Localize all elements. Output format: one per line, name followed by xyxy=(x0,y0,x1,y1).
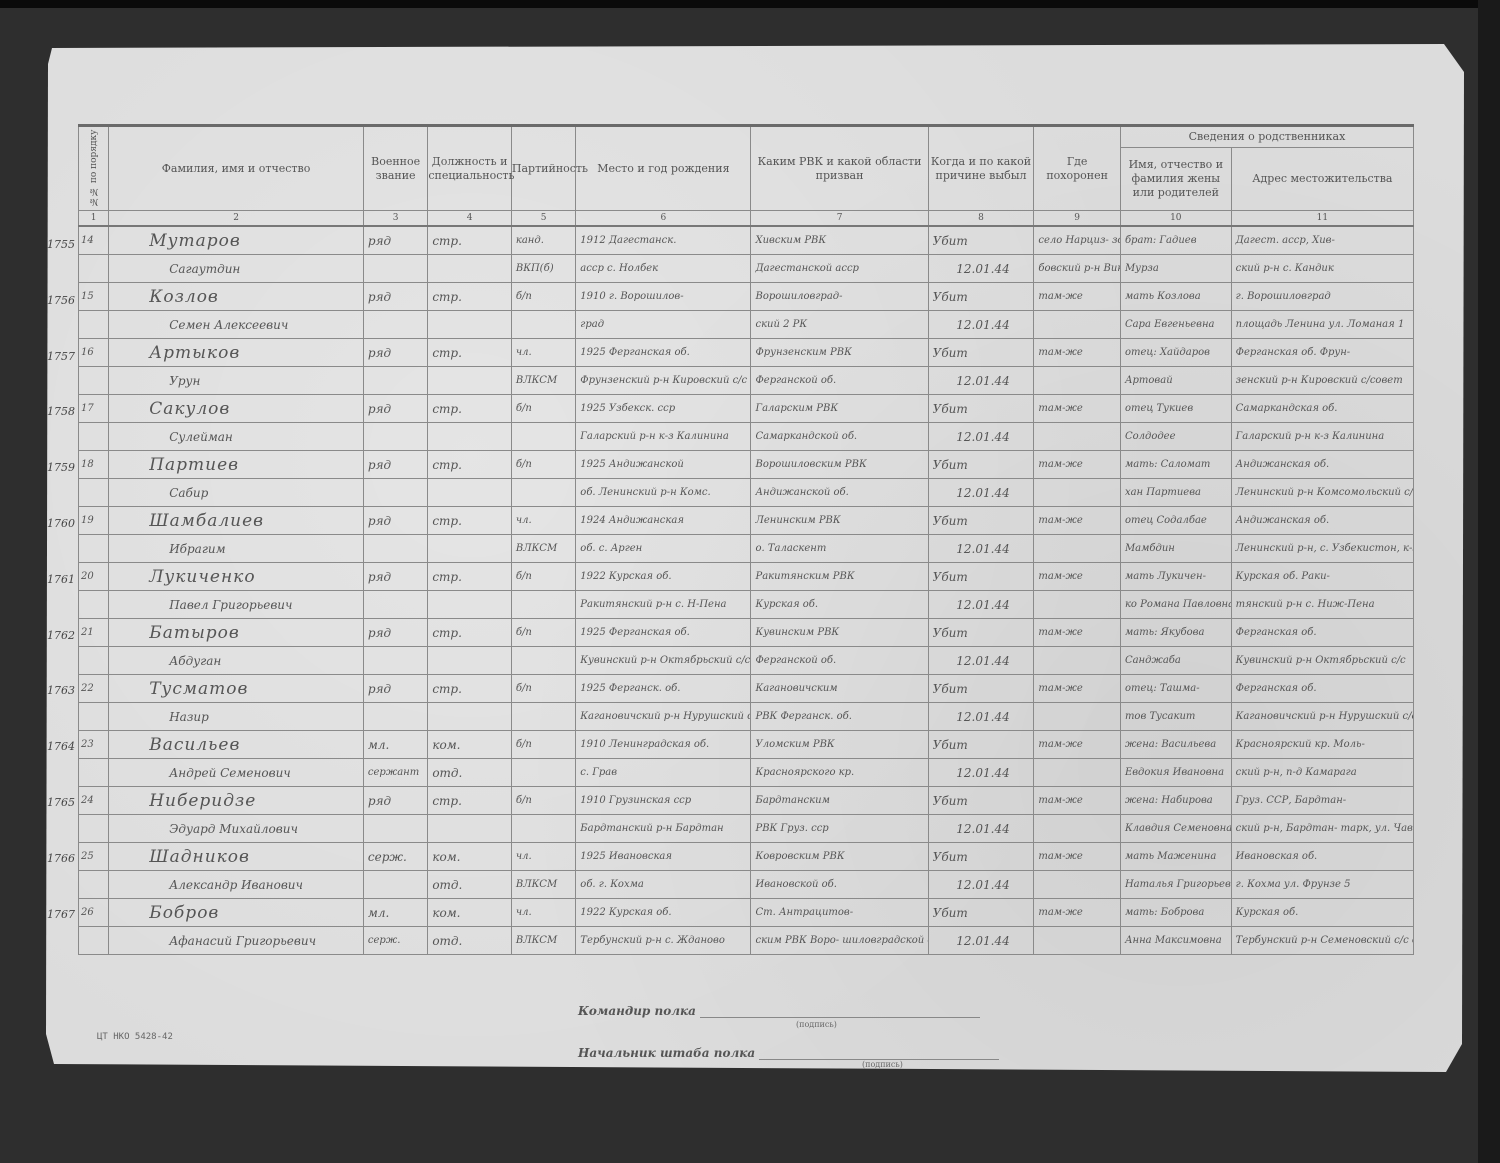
conscription-office: Кувинским РВК xyxy=(751,619,928,647)
relative-name: мать Козлова xyxy=(1120,283,1231,311)
relative-name: жена: Васильева xyxy=(1120,731,1231,759)
rank: ряд xyxy=(363,675,427,703)
departure-date: 12.01.44 xyxy=(928,423,1034,451)
surname: Ниберидзе xyxy=(109,787,364,815)
address-cont: Тербунский р-н Семеновский с/с с. Жданов… xyxy=(1231,927,1413,955)
party: б/п xyxy=(511,395,575,423)
address-cont: г. Кохма ул. Фрунзе 5 xyxy=(1231,871,1413,899)
position-cont xyxy=(428,647,512,675)
party-cont xyxy=(511,703,575,731)
burial-place: там-же xyxy=(1034,339,1121,367)
burial-place: там-же xyxy=(1034,899,1121,927)
column-number: 7 xyxy=(751,211,928,227)
birth-place: 1925 Андижанской xyxy=(576,451,751,479)
address-cont: Ленинский р-н Комсомольский с/с xyxy=(1231,479,1413,507)
column-number: 6 xyxy=(576,211,751,227)
relative-name-cont: Сара Евгеньевна xyxy=(1120,311,1231,339)
burial-place: там-же xyxy=(1034,395,1121,423)
given-name: Семен Алексеевич xyxy=(109,311,364,339)
departure-date: 12.01.44 xyxy=(928,535,1034,563)
conscription-office-cont: Курская об. xyxy=(751,591,928,619)
address: Ферганская об. Фрун- xyxy=(1231,339,1413,367)
conscription-office-cont: ским РВК Воро- шиловградской об. xyxy=(751,927,928,955)
header-address: Адрес местожительства xyxy=(1231,148,1413,211)
burial-place-cont xyxy=(1034,647,1121,675)
departure-date: 12.01.44 xyxy=(928,311,1034,339)
departure-reason: Убит xyxy=(928,843,1034,871)
header-military-rank: Военное звание xyxy=(363,126,427,211)
address-cont: Кувинский р-н Октябрьский с/с xyxy=(1231,647,1413,675)
burial-place-cont xyxy=(1034,479,1121,507)
table-row: 17Сакуловрядстр.б/п1925 Узбекск. ссрГала… xyxy=(79,395,1414,423)
departure-date: 12.01.44 xyxy=(928,759,1034,787)
conscription-office-cont: ский 2 РК xyxy=(751,311,928,339)
serial-number: 18 xyxy=(79,451,109,479)
birth-place-cont: асср с. Нолбек xyxy=(576,255,751,283)
conscription-office-cont: РВК Ферганск. об. xyxy=(751,703,928,731)
serial-number-cont xyxy=(79,367,109,395)
serial-number-cont xyxy=(79,591,109,619)
relative-name: мать: Якубова xyxy=(1120,619,1231,647)
relative-name-cont: Анна Максимовна xyxy=(1120,927,1231,955)
party: б/п xyxy=(511,563,575,591)
rank: ряд xyxy=(363,226,427,255)
address-cont: Кагановичский р-н Нурушский с/с к-з Воро… xyxy=(1231,703,1413,731)
table-row: 16Артыковрядстр.чл.1925 Ферганская об.Фр… xyxy=(79,339,1414,367)
given-name: Афанасий Григорьевич xyxy=(109,927,364,955)
party: б/п xyxy=(511,675,575,703)
conscription-office: Ленинским РВК xyxy=(751,507,928,535)
relative-name-cont: Евдокия Ивановна xyxy=(1120,759,1231,787)
position-cont xyxy=(428,311,512,339)
relative-name-cont: Солдодее xyxy=(1120,423,1231,451)
archive-margin-number: 1766 xyxy=(47,852,75,865)
departure-date: 12.01.44 xyxy=(928,591,1034,619)
rank-cont xyxy=(363,703,427,731)
party: чл. xyxy=(511,339,575,367)
surname: Тусматов xyxy=(109,675,364,703)
archive-margin-number: 1757 xyxy=(47,350,75,363)
birth-place-cont: Кувинский р-н Октябрьский с/с xyxy=(576,647,751,675)
burial-place-cont xyxy=(1034,927,1121,955)
party: б/п xyxy=(511,787,575,815)
relative-name: мать: Саломат xyxy=(1120,451,1231,479)
position: стр. xyxy=(428,339,512,367)
departure-reason: Убит xyxy=(928,226,1034,255)
party-cont: ВЛКСМ xyxy=(511,367,575,395)
burial-place-cont xyxy=(1034,591,1121,619)
position-cont xyxy=(428,255,512,283)
address: Самаркандская об. xyxy=(1231,395,1413,423)
birth-place-cont: Кагановичский р-н Нурушский с/с xyxy=(576,703,751,731)
surname: Мутаров xyxy=(109,226,364,255)
birth-place: 1912 Дагестанск. xyxy=(576,226,751,255)
table-row-continuation: СулейманГаларский р-н к-з КалининаСамарк… xyxy=(79,423,1414,451)
departure-date: 12.01.44 xyxy=(928,479,1034,507)
column-number: 4 xyxy=(428,211,512,227)
conscription-office: Кагановичским xyxy=(751,675,928,703)
departure-date: 12.01.44 xyxy=(928,647,1034,675)
given-name: Абдуган xyxy=(109,647,364,675)
departure-reason: Убит xyxy=(928,339,1034,367)
serial-number: 25 xyxy=(79,843,109,871)
serial-number-cont xyxy=(79,647,109,675)
serial-number: 26 xyxy=(79,899,109,927)
rank: ряд xyxy=(363,283,427,311)
archive-margin-number: 1759 xyxy=(47,461,75,474)
table-row-continuation: НазирКагановичский р-н Нурушский с/сРВК … xyxy=(79,703,1414,731)
serial-number-cont xyxy=(79,759,109,787)
position: ком. xyxy=(428,731,512,759)
departure-date: 12.01.44 xyxy=(928,871,1034,899)
relative-name-cont: Санджаба xyxy=(1120,647,1231,675)
address: Дагест. асср, Хив- xyxy=(1231,226,1413,255)
conscription-office-cont: Дагестанской асср xyxy=(751,255,928,283)
archive-margin-number: 1763 xyxy=(47,684,75,697)
departure-date: 12.01.44 xyxy=(928,367,1034,395)
position-cont: отд. xyxy=(428,871,512,899)
column-number: 8 xyxy=(928,211,1034,227)
relative-name-cont: Наталья Григорьевна xyxy=(1120,871,1231,899)
party-cont: ВЛКСМ xyxy=(511,927,575,955)
serial-number: 23 xyxy=(79,731,109,759)
rank-cont xyxy=(363,255,427,283)
column-number: 1 xyxy=(79,211,109,227)
serial-number-cont xyxy=(79,311,109,339)
commander-signature-hint: (подпись) xyxy=(796,1020,837,1029)
relative-name: мать Лукичен- xyxy=(1120,563,1231,591)
party-cont: ВЛКСМ xyxy=(511,535,575,563)
scan-border-top xyxy=(0,0,1500,8)
serial-number: 24 xyxy=(79,787,109,815)
rank-cont xyxy=(363,367,427,395)
conscription-office-cont: Красноярского кр. xyxy=(751,759,928,787)
form-code: ЦТ НКО 5428-42 xyxy=(97,1032,173,1042)
position-cont xyxy=(428,703,512,731)
serial-number-cont xyxy=(79,535,109,563)
burial-place-cont xyxy=(1034,423,1121,451)
table-row-continuation: СагаутдинВКП(б)асср с. НолбекДагестанско… xyxy=(79,255,1414,283)
burial-place-cont xyxy=(1034,815,1121,843)
birth-place: 1922 Курская об. xyxy=(576,563,751,591)
birth-place: 1910 Ленинградская об. xyxy=(576,731,751,759)
conscription-office: Ворошиловским РВК xyxy=(751,451,928,479)
departure-reason: Убит xyxy=(928,619,1034,647)
commander-signature-field: Командир полка xyxy=(578,1004,980,1018)
serial-number-cont xyxy=(79,815,109,843)
relative-name-cont: Артовай xyxy=(1120,367,1231,395)
address-cont: Ленинский р-н, с. Узбекистон, к-з Бохара xyxy=(1231,535,1413,563)
birth-place-cont: Ракитянский р-н с. Н-Пена xyxy=(576,591,751,619)
rank: ряд xyxy=(363,563,427,591)
address: Ферганская об. xyxy=(1231,619,1413,647)
party: б/п xyxy=(511,731,575,759)
given-name: Назир xyxy=(109,703,364,731)
serial-number-cont xyxy=(79,255,109,283)
birth-place: 1910 г. Ворошилов- xyxy=(576,283,751,311)
departure-reason: Убит xyxy=(928,563,1034,591)
relative-name: отец Содалбае xyxy=(1120,507,1231,535)
header-burial: Где похоронен xyxy=(1034,126,1121,211)
table-row: 18Партиеврядстр.б/п1925 АндижанскойВорош… xyxy=(79,451,1414,479)
conscription-office: Ворошиловград- xyxy=(751,283,928,311)
address: Курская об. xyxy=(1231,899,1413,927)
table-row-continuation: Афанасий Григорьевичсерж.отд.ВЛКСМТербун… xyxy=(79,927,1414,955)
burial-place-cont xyxy=(1034,535,1121,563)
conscription-office-cont: Ферганской об. xyxy=(751,367,928,395)
burial-place-cont xyxy=(1034,703,1121,731)
conscription-office: Фрунзенским РВК xyxy=(751,339,928,367)
position-cont xyxy=(428,423,512,451)
surname: Сакулов xyxy=(109,395,364,423)
birth-place: 1925 Узбекск. сср xyxy=(576,395,751,423)
table-row-continuation: Павел ГригорьевичРакитянский р-н с. Н-Пе… xyxy=(79,591,1414,619)
birth-place-cont: об. Ленинский р-н Комс. xyxy=(576,479,751,507)
surname: Партиев xyxy=(109,451,364,479)
departure-reason: Убит xyxy=(928,507,1034,535)
position-cont xyxy=(428,591,512,619)
table-row-continuation: Андрей Семеновичсержантотд.с. ГравКрасно… xyxy=(79,759,1414,787)
archive-margin-number: 1756 xyxy=(47,294,75,307)
party-cont xyxy=(511,311,575,339)
birth-place-cont: об. г. Кохма xyxy=(576,871,751,899)
birth-place: 1922 Курская об. xyxy=(576,899,751,927)
party: б/п xyxy=(511,619,575,647)
surname: Лукиченко xyxy=(109,563,364,591)
column-number: 5 xyxy=(511,211,575,227)
position: стр. xyxy=(428,675,512,703)
chief-signature-hint: (подпись) xyxy=(862,1060,903,1069)
column-number: 9 xyxy=(1034,211,1121,227)
header-relative-name: Имя, отчество и фамилия жены или родител… xyxy=(1120,148,1231,211)
party-cont xyxy=(511,479,575,507)
birth-place-cont: Галарский р-н к-з Калинина xyxy=(576,423,751,451)
birth-place-cont: град xyxy=(576,311,751,339)
burial-place: там-же xyxy=(1034,843,1121,871)
relative-name-cont: хан Партиева xyxy=(1120,479,1231,507)
given-name: Урун xyxy=(109,367,364,395)
rank: ряд xyxy=(363,787,427,815)
column-number: 10 xyxy=(1120,211,1231,227)
header-birth: Место и год рождения xyxy=(576,126,751,211)
archive-margin-number: 1761 xyxy=(47,573,75,586)
address-cont: ский р-н, Бардтан- тарк, ул. Чавчавадзе … xyxy=(1231,815,1413,843)
relative-name: мать Маженина xyxy=(1120,843,1231,871)
birth-place-cont: Фрунзенский р-н Кировский с/с xyxy=(576,367,751,395)
rank: мл. xyxy=(363,731,427,759)
surname: Шамбалиев xyxy=(109,507,364,535)
burial-place: там-же xyxy=(1034,563,1121,591)
position: стр. xyxy=(428,619,512,647)
conscription-office-cont: РВК Груз. сср xyxy=(751,815,928,843)
column-number: 3 xyxy=(363,211,427,227)
position: стр. xyxy=(428,563,512,591)
table-row-continuation: ИбрагимВЛКСМоб. с. Аргено. Таласкент12.0… xyxy=(79,535,1414,563)
party-cont xyxy=(511,591,575,619)
given-name: Сулейман xyxy=(109,423,364,451)
given-name: Эдуард Михайлович xyxy=(109,815,364,843)
rank: серж. xyxy=(363,843,427,871)
departure-reason: Убит xyxy=(928,731,1034,759)
table-row-continuation: Эдуард МихайловичБардтанский р-н Бардтан… xyxy=(79,815,1414,843)
position: стр. xyxy=(428,787,512,815)
conscription-office-cont: Ивановской об. xyxy=(751,871,928,899)
departure-reason: Убит xyxy=(928,787,1034,815)
archive-margin-number: 1762 xyxy=(47,629,75,642)
rank-cont xyxy=(363,815,427,843)
serial-number: 20 xyxy=(79,563,109,591)
serial-number: 15 xyxy=(79,283,109,311)
surname: Шадников xyxy=(109,843,364,871)
table-row: 26Бобровмл.ком.чл.1922 Курская об.Ст. Ан… xyxy=(79,899,1414,927)
header-full-name: Фамилия, имя и отчество xyxy=(109,126,364,211)
burial-place-cont xyxy=(1034,311,1121,339)
table-row-continuation: АбдуганКувинский р-н Октябрьский с/сФерг… xyxy=(79,647,1414,675)
position: стр. xyxy=(428,507,512,535)
chief-of-staff-label: Начальник штаба полка xyxy=(578,1046,755,1060)
header-party: Партийность xyxy=(511,126,575,211)
table-row: 25Шадниковсерж.ком.чл.1925 ИвановскаяКов… xyxy=(79,843,1414,871)
conscription-office: Уломским РВК xyxy=(751,731,928,759)
birth-place: 1925 Ивановская xyxy=(576,843,751,871)
departure-date: 12.01.44 xyxy=(928,703,1034,731)
relative-name-cont: тов Тусакит xyxy=(1120,703,1231,731)
serial-number-cont xyxy=(79,703,109,731)
table-row: 23Васильевмл.ком.б/п1910 Ленинградская о… xyxy=(79,731,1414,759)
position-cont xyxy=(428,815,512,843)
given-name: Павел Григорьевич xyxy=(109,591,364,619)
rank: мл. xyxy=(363,899,427,927)
position-cont xyxy=(428,535,512,563)
table-row: 20Лукиченкорядстр.б/п1922 Курская об.Рак… xyxy=(79,563,1414,591)
rank-cont xyxy=(363,591,427,619)
given-name: Ибрагим xyxy=(109,535,364,563)
rank: ряд xyxy=(363,395,427,423)
conscription-office: Ракитянским РВК xyxy=(751,563,928,591)
header-departure: Когда и по какой причине выбыл xyxy=(928,126,1034,211)
burial-place-cont xyxy=(1034,759,1121,787)
conscription-office-cont: о. Таласкент xyxy=(751,535,928,563)
surname: Батыров xyxy=(109,619,364,647)
conscription-office: Ковровским РВК xyxy=(751,843,928,871)
rank-cont xyxy=(363,479,427,507)
header-conscription: Каким РВК и какой области призван xyxy=(751,126,928,211)
table-row: 14Мутароврядстр.канд.1912 Дагестанск.Хив… xyxy=(79,226,1414,255)
given-name: Сабир xyxy=(109,479,364,507)
header-position: Должность и специальность xyxy=(428,126,512,211)
rank: ряд xyxy=(363,451,427,479)
position: стр. xyxy=(428,451,512,479)
position-cont: отд. xyxy=(428,759,512,787)
party-cont: ВКП(б) xyxy=(511,255,575,283)
burial-place-cont xyxy=(1034,367,1121,395)
position-cont xyxy=(428,367,512,395)
address-cont: площадь Ленина ул. Ломаная 1 xyxy=(1231,311,1413,339)
birth-place: 1925 Ферганская об. xyxy=(576,619,751,647)
position: стр. xyxy=(428,226,512,255)
rank-cont xyxy=(363,535,427,563)
casualty-list-table: №№ по порядку Фамилия, имя и отчество Во… xyxy=(78,124,1414,955)
position-cont xyxy=(428,479,512,507)
column-number: 2 xyxy=(109,211,364,227)
address-cont: Галарский р-н к-з Калинина xyxy=(1231,423,1413,451)
scan-border-right xyxy=(1478,0,1500,1163)
table-row: 15Козловрядстр.б/п1910 г. Ворошилов-Воро… xyxy=(79,283,1414,311)
party: чл. xyxy=(511,899,575,927)
party-cont: ВЛКСМ xyxy=(511,871,575,899)
birth-place-cont: об. с. Арген xyxy=(576,535,751,563)
relative-name-cont: Мурза xyxy=(1120,255,1231,283)
birth-place-cont: Тербунский р-н с. Жданово xyxy=(576,927,751,955)
chief-of-staff-signature-field: Начальник штаба полка xyxy=(578,1046,999,1060)
departure-reason: Убит xyxy=(928,899,1034,927)
address-cont: ский р-н, п-д Камарага xyxy=(1231,759,1413,787)
departure-date: 12.01.44 xyxy=(928,255,1034,283)
serial-number: 22 xyxy=(79,675,109,703)
address: Андижанская об. xyxy=(1231,507,1413,535)
serial-number: 14 xyxy=(79,226,109,255)
relative-name-cont: Клавдия Семеновна xyxy=(1120,815,1231,843)
serial-number: 16 xyxy=(79,339,109,367)
header-relatives-group: Сведения о родственниках xyxy=(1120,126,1413,148)
relative-name-cont: ко Романа Павловна xyxy=(1120,591,1231,619)
departure-date: 12.01.44 xyxy=(928,815,1034,843)
rank-cont xyxy=(363,311,427,339)
column-number: 11 xyxy=(1231,211,1413,227)
rank-cont: серж. xyxy=(363,927,427,955)
conscription-office-cont: Самаркандской об. xyxy=(751,423,928,451)
conscription-office: Галарским РВК xyxy=(751,395,928,423)
surname: Козлов xyxy=(109,283,364,311)
address: Груз. ССР, Бардтан- xyxy=(1231,787,1413,815)
departure-reason: Убит xyxy=(928,283,1034,311)
table-row-continuation: Семен Алексеевичградский 2 РК12.01.44Сар… xyxy=(79,311,1414,339)
burial-place: село Нарциз- зовка, Лю- xyxy=(1034,226,1121,255)
archive-margin-number: 1765 xyxy=(47,796,75,809)
given-name: Сагаутдин xyxy=(109,255,364,283)
relative-name-cont: Мамбдин xyxy=(1120,535,1231,563)
burial-place: там-же xyxy=(1034,507,1121,535)
relative-name: жена: Набирова xyxy=(1120,787,1231,815)
serial-number-cont xyxy=(79,927,109,955)
position: стр. xyxy=(428,283,512,311)
table-row: 24Ниберидзерядстр.б/п1910 Грузинская сср… xyxy=(79,787,1414,815)
burial-place: там-же xyxy=(1034,619,1121,647)
address: Андижанская об. xyxy=(1231,451,1413,479)
table-row: 19Шамбалиеврядстр.чл.1924 АндижанскаяЛен… xyxy=(79,507,1414,535)
burial-place: там-же xyxy=(1034,731,1121,759)
burial-place: там-же xyxy=(1034,675,1121,703)
birth-place-cont: Бардтанский р-н Бардтан xyxy=(576,815,751,843)
address-cont: ский р-н с. Кандик xyxy=(1231,255,1413,283)
given-name: Александр Иванович xyxy=(109,871,364,899)
address-cont: тянский р-н с. Ниж-Пена xyxy=(1231,591,1413,619)
address: Ферганская об. xyxy=(1231,675,1413,703)
commander-signature-line xyxy=(700,1017,980,1018)
serial-number: 19 xyxy=(79,507,109,535)
burial-place: там-же xyxy=(1034,451,1121,479)
position: ком. xyxy=(428,899,512,927)
relative-name: брат: Гадиев xyxy=(1120,226,1231,255)
relative-name: мать: Боброва xyxy=(1120,899,1231,927)
table-row: 21Батыроврядстр.б/п1925 Ферганская об.Ку… xyxy=(79,619,1414,647)
rank: ряд xyxy=(363,507,427,535)
table-row-continuation: УрунВЛКСМФрунзенский р-н Кировский с/сФе… xyxy=(79,367,1414,395)
rank: ряд xyxy=(363,619,427,647)
conscription-office: Ст. Антрацитов- xyxy=(751,899,928,927)
birth-place: 1925 Ферганск. об. xyxy=(576,675,751,703)
birth-place: 1924 Андижанская xyxy=(576,507,751,535)
